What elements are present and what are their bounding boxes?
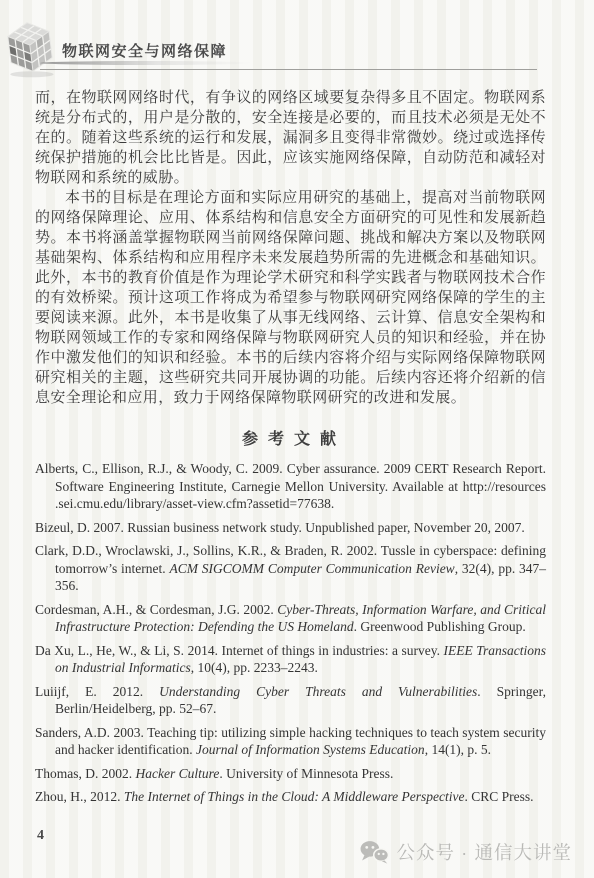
book-title: 物联网安全与网络保障 — [62, 40, 227, 61]
reference-item: Thomas, D. 2002. Hacker Culture. Univers… — [35, 765, 546, 783]
reference-item: Sanders, A.D. 2003. Teaching tip: utiliz… — [35, 724, 546, 759]
header-rule — [40, 69, 537, 70]
header-swoosh-decoration — [40, 61, 252, 65]
wechat-icon — [359, 839, 390, 865]
reference-item: Da Xu, L., He, W., & Li, S. 2014. Intern… — [35, 642, 546, 677]
body-paragraph: 本书的目标是在理论方面和实际应用研究的基础上，提高对当前物联网的网络保障理论、应… — [35, 188, 546, 408]
wechat-watermark: 公众号 · 通信大讲堂 — [359, 839, 572, 865]
body-paragraph: 而，在物联网网络时代，有争议的网络区域要复杂得多且不固定。物联网系统是分布式的，… — [35, 88, 546, 188]
references-heading: 参 考 文 献 — [35, 426, 546, 449]
reference-item: Bizeul, D. 2007. Russian business networ… — [35, 519, 546, 537]
page-number: 4 — [37, 828, 44, 844]
reference-item: Luiijf, E. 2012. Understanding Cyber Thr… — [35, 683, 546, 718]
reference-list: Alberts, C., Ellison, R.J., & Woody, C. … — [35, 460, 546, 806]
page-header: 物联网安全与网络保障 — [0, 0, 594, 82]
reference-item: Zhou, H., 2012. The Internet of Things i… — [35, 788, 546, 806]
scanned-book-page: 物联网安全与网络保障 而，在物联网网络时代，有争议的网络区域要复杂得多且不固定。… — [0, 0, 594, 878]
reference-item: Clark, D.D., Wroclawski, J., Sollins, K.… — [35, 542, 546, 595]
reference-item: Cordesman, A.H., & Cordesman, J.G. 2002.… — [35, 601, 546, 636]
page-content: 而，在物联网网络时代，有争议的网络区域要复杂得多且不固定。物联网系统是分布式的，… — [35, 88, 546, 806]
reference-item: Alberts, C., Ellison, R.J., & Woody, C. … — [35, 460, 546, 513]
watermark-text: 公众号 · 通信大讲堂 — [397, 839, 572, 865]
